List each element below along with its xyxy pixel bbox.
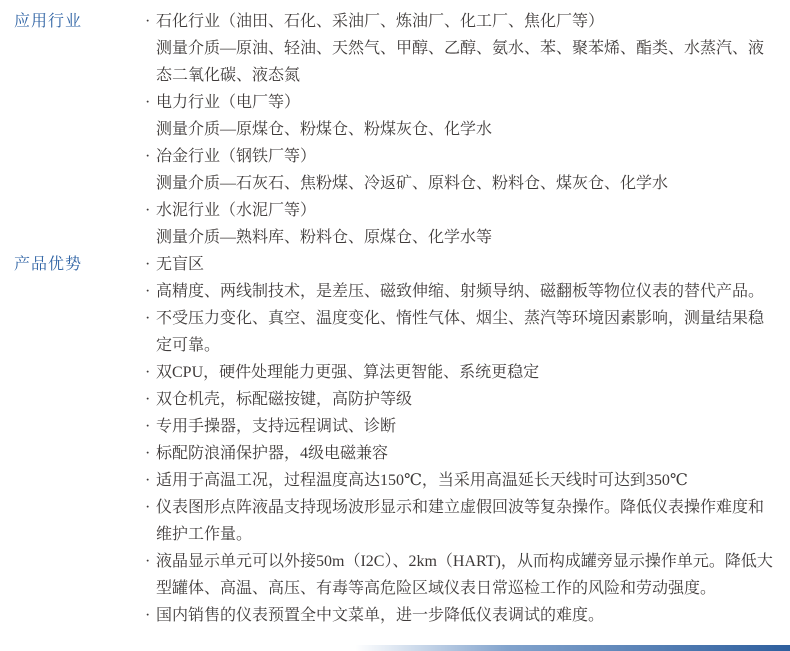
bullet-dot: · xyxy=(145,305,150,332)
list-item: ·双仓机壳，标配磁按键，高防护等级 xyxy=(145,386,776,413)
list-item: ·液晶显示单元可以外接50m（I2C）、2km（HART)，从而构成罐旁显示操作… xyxy=(145,548,776,602)
section-label-advantages: 产品优势 xyxy=(14,251,145,278)
advantages-list: ·无盲区·高精度、两线制技术，是差压、磁致伸缩、射频导纳、磁翻板等物位仪表的替代… xyxy=(145,251,776,629)
item-text: 专用手操器，支持远程调试、诊断 xyxy=(156,418,396,435)
list-item: ·标配防浪涌保护器，4级电磁兼容 xyxy=(145,440,776,467)
bullet-dot: · xyxy=(145,89,150,116)
footer-accent-bar xyxy=(355,645,790,651)
item-text: 测量介质—熟料库、粉料仓、原煤仓、化学水等 xyxy=(156,229,492,246)
item-text: 水泥行业（水泥厂等） xyxy=(156,202,316,219)
list-item: ·无盲区 xyxy=(145,251,776,278)
item-text: 测量介质—石灰石、焦粉煤、冷返矿、原料仓、粉料仓、煤灰仓、化学水 xyxy=(156,175,668,192)
bullet-dot: · xyxy=(145,8,150,35)
list-item: ·高精度、两线制技术，是差压、磁致伸缩、射频导纳、磁翻板等物位仪表的替代产品。 xyxy=(145,278,776,305)
list-item: ·不受压力变化、真空、温度变化、惰性气体、烟尘、蒸汽等环境因素影响，测量结果稳定… xyxy=(145,305,776,359)
item-text: 适用于高温工况，过程温度高达150℃，当采用高温延长天线时可达到350℃ xyxy=(156,472,688,489)
item-text: 国内销售的仪表预置全中文菜单，进一步降低仪表调试的难度。 xyxy=(156,607,604,624)
list-item: ·适用于高温工况，过程温度高达150℃，当采用高温延长天线时可达到350℃ xyxy=(145,467,776,494)
list-item: ·电力行业（电厂等） xyxy=(145,89,776,116)
list-item: 测量介质—熟料库、粉料仓、原煤仓、化学水等 xyxy=(145,224,776,251)
item-text: 液晶显示单元可以外接50m（I2C）、2km（HART)，从而构成罐旁显示操作单… xyxy=(156,553,773,597)
list-item: ·国内销售的仪表预置全中文菜单，进一步降低仪表调试的难度。 xyxy=(145,602,776,629)
item-text: 双仓机壳，标配磁按键，高防护等级 xyxy=(156,391,412,408)
bullet-dot: · xyxy=(145,494,150,521)
item-text: 冶金行业（钢铁厂等） xyxy=(156,148,316,165)
list-item: ·仪表图形点阵液晶支持现场波形显示和建立虚假回波等复杂操作。降低仪表操作难度和维… xyxy=(145,494,776,548)
item-text: 测量介质—原煤仓、粉煤仓、粉煤灰仓、化学水 xyxy=(156,121,492,138)
item-text: 石化行业（油田、石化、采油厂、炼油厂、化工厂、焦化厂等） xyxy=(156,13,604,30)
bullet-dot: · xyxy=(145,602,150,629)
item-text: 仪表图形点阵液晶支持现场波形显示和建立虚假回波等复杂操作。降低仪表操作难度和维护… xyxy=(156,499,764,543)
list-item: 测量介质—石灰石、焦粉煤、冷返矿、原料仓、粉料仓、煤灰仓、化学水 xyxy=(145,170,776,197)
section-advantages: 产品优势 ·无盲区·高精度、两线制技术，是差压、磁致伸缩、射频导纳、磁翻板等物位… xyxy=(14,251,776,629)
bullet-dot: · xyxy=(145,359,150,386)
item-text: 不受压力变化、真空、温度变化、惰性气体、烟尘、蒸汽等环境因素影响，测量结果稳定可… xyxy=(156,310,764,354)
item-text: 标配防浪涌保护器，4级电磁兼容 xyxy=(156,445,388,462)
datasheet-page: 应用行业 ·石化行业（油田、石化、采油厂、炼油厂、化工厂、焦化厂等）测量介质—原… xyxy=(0,0,790,629)
list-item: ·石化行业（油田、石化、采油厂、炼油厂、化工厂、焦化厂等） xyxy=(145,8,776,35)
section-label-applications: 应用行业 xyxy=(14,8,145,35)
bullet-dot: · xyxy=(145,467,150,494)
bullet-dot: · xyxy=(145,278,150,305)
item-text: 电力行业（电厂等） xyxy=(156,94,300,111)
bullet-dot: · xyxy=(145,251,150,278)
bullet-dot: · xyxy=(145,440,150,467)
item-text: 双CPU，硬件处理能力更强、算法更智能、系统更稳定 xyxy=(156,364,539,381)
list-item: ·冶金行业（钢铁厂等） xyxy=(145,143,776,170)
bullet-dot: · xyxy=(145,197,150,224)
item-text: 高精度、两线制技术，是差压、磁致伸缩、射频导纳、磁翻板等物位仪表的替代产品。 xyxy=(156,283,764,300)
bullet-dot: · xyxy=(145,413,150,440)
bullet-dot: · xyxy=(145,548,150,575)
item-text: 测量介质—原油、轻油、天然气、甲醇、乙醇、氨水、苯、聚苯烯、酯类、水蒸汽、液态二… xyxy=(156,40,764,84)
list-item: 测量介质—原油、轻油、天然气、甲醇、乙醇、氨水、苯、聚苯烯、酯类、水蒸汽、液态二… xyxy=(145,35,776,89)
list-item: ·水泥行业（水泥厂等） xyxy=(145,197,776,224)
item-text: 无盲区 xyxy=(156,256,204,273)
list-item: ·专用手操器，支持远程调试、诊断 xyxy=(145,413,776,440)
applications-list: ·石化行业（油田、石化、采油厂、炼油厂、化工厂、焦化厂等）测量介质—原油、轻油、… xyxy=(145,8,776,251)
bullet-dot: · xyxy=(145,386,150,413)
bullet-dot: · xyxy=(145,143,150,170)
list-item: ·双CPU，硬件处理能力更强、算法更智能、系统更稳定 xyxy=(145,359,776,386)
section-applications: 应用行业 ·石化行业（油田、石化、采油厂、炼油厂、化工厂、焦化厂等）测量介质—原… xyxy=(14,8,776,251)
list-item: 测量介质—原煤仓、粉煤仓、粉煤灰仓、化学水 xyxy=(145,116,776,143)
